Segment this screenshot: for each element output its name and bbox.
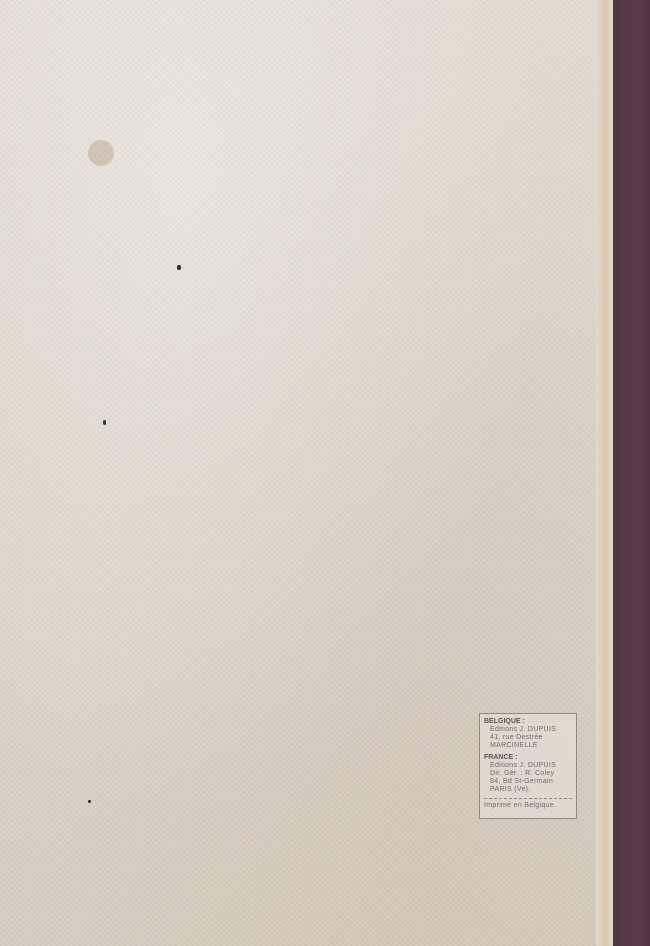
book-spine — [613, 0, 650, 946]
dashed-divider — [484, 798, 572, 799]
imprint-line: Dir. Gér. : R. Coley — [484, 770, 572, 778]
country-heading: BELGIQUE : — [484, 718, 572, 726]
speck-mark — [177, 265, 181, 270]
printed-in-note: Imprimé en Belgique. — [484, 802, 572, 810]
country-heading: FRANCE : — [484, 754, 572, 762]
imprint-line: 41, rue Destrée — [484, 734, 572, 742]
imprint-line: MARCINELLE — [484, 742, 572, 750]
imprint-line: PARIS (Ve). — [484, 786, 572, 794]
imprint-line: 84, Bd St-Germain — [484, 778, 572, 786]
speck-mark — [88, 800, 91, 803]
imprint-line: Editions J. DUPUIS — [484, 726, 572, 734]
publisher-imprint-box: BELGIQUE : Editions J. DUPUIS 41, rue De… — [479, 713, 577, 819]
page-edge — [596, 0, 614, 946]
imprint-line: Editions J. DUPUIS — [484, 762, 572, 770]
speck-mark — [103, 420, 106, 425]
stain-mark — [88, 140, 114, 166]
